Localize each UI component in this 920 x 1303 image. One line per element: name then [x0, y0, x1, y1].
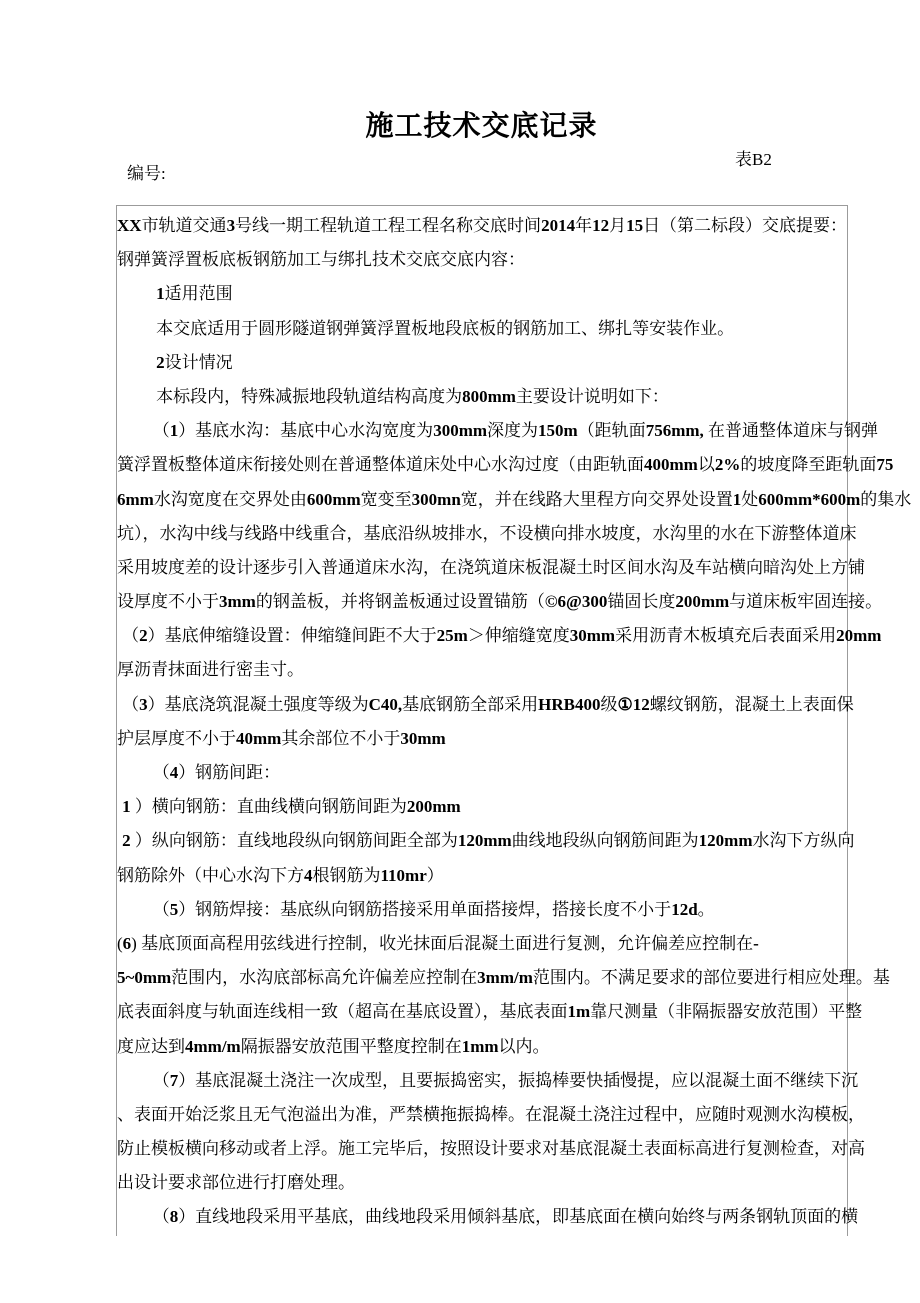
text-line: （8）直线地段采用平基底，曲线地段采用倾斜基底，即基底面在横向始终与两条钢轨顶面… [117, 1200, 847, 1234]
text-line: （5）钢筋焊接：基底纵向钢筋搭接采用单面搭接焊，搭接长度不小于12d。 [117, 893, 847, 927]
text-line: 钢弹簧浮置板底板钢筋加工与绑扎技术交底交底内容： [117, 243, 847, 277]
form-code-label: 表B2 [735, 145, 772, 170]
text-line: 护层厚度不小于40mm其余部位不小于30mm [117, 722, 847, 756]
text-line: （3）基底浇筑混凝土强度等级为C40,基底钢筋全部采用HRB400级①12螺纹钢… [117, 688, 847, 722]
text-line: 6mm水沟宽度在交界处由600mm宽变至300mn宽，并在线路大里程方向交界处设… [117, 483, 847, 517]
text-line: 厚沥青抹面进行密圭寸。 [117, 653, 847, 687]
text-line: 5~0mm范围内，水沟底部标高允许偏差应控制在3mm/m范围内。不满足要求的部位… [117, 961, 847, 995]
text-line: 钢筋除外（中心水沟下方4根钢筋为110mr） [117, 859, 847, 893]
text-line: 本交底适用于圆形隧道钢弹簧浮置板地段底板的钢筋加工、绑扎等安装作业。 [117, 312, 847, 346]
text-line: 采用坡度差的设计逐步引入普通道床水沟，在浇筑道床板混凝土时区间水沟及车站横向暗沟… [117, 551, 847, 585]
text-line: 度应达到4mm/m隔振器安放范围平整度控制在1mm以内。 [117, 1030, 847, 1064]
text-line: 簧浮置板整体道床衔接处则在普通整体道床处中心水沟过度（由距轨面400mm以2%的… [117, 448, 847, 482]
text-line: 1适用范围 [117, 277, 847, 311]
text-line: 1 ）横向钢筋：直曲线横向钢筋间距为200mm [117, 790, 847, 824]
text-line: 2设计情况 [117, 346, 847, 380]
text-line: 、表面开始泛浆且无气泡溢出为准，严禁横拖振捣棒。在混凝土浇注过程中，应随时观测水… [117, 1098, 847, 1132]
text-line: （4）钢筋间距： [117, 756, 847, 790]
text-line: （7）基底混凝土浇注一次成型，且要振捣密实，振捣棒要快插慢提，应以混凝土面不继续… [117, 1064, 847, 1098]
text-line: 设厚度不小于3mm的钢盖板，并将钢盖板通过设置锚筋（©6@300锚固长度200m… [117, 585, 847, 619]
content-box: XX市轨道交通3号线一期工程轨道工程工程名称交底时间2014年12月15日（第二… [116, 205, 848, 1236]
document-page: { "page": { "title": "施工技术交底记录", "form_c… [0, 0, 920, 1303]
text-line: 2 ）纵向钢筋：直线地段纵向钢筋间距全部为120mm曲线地段纵向钢筋间距为120… [117, 824, 847, 858]
text-line: (6) 基底顶面高程用弦线进行控制，收光抹面后混凝土面进行复测，允许偏差应控制在… [117, 927, 847, 961]
text-line: 防止模板横向移动或者上浮。施工完毕后，按照设计要求对基底混凝土表面标高进行复测检… [117, 1132, 847, 1166]
text-line: （2）基底伸缩缝设置：伸缩缝间距不大于25m＞伸缩缝宽度30mm采用沥青木板填充… [117, 619, 847, 653]
document-number-label: 编号: [127, 159, 166, 184]
text-line: 底表面斜度与轨面连线相一致（超高在基底设置），基底表面1m靠尺测量（非隔振器安放… [117, 995, 847, 1029]
text-line: 坑），水沟中线与线路中线重合，基底沿纵坡排水，不设横向排水坡度，水沟里的水在下游… [117, 517, 847, 551]
text-line: 本标段内，特殊减振地段轨道结构高度为800mm主要设计说明如下： [117, 380, 847, 414]
text-line: XX市轨道交通3号线一期工程轨道工程工程名称交底时间2014年12月15日（第二… [117, 209, 847, 243]
text-line: （1）基底水沟：基底中心水沟宽度为300mm深度为150m（距轨面756mm, … [117, 414, 847, 448]
text-line: 出设计要求部位进行打磨处理。 [117, 1166, 847, 1200]
page-title: 施工技术交底记录 [116, 104, 847, 144]
